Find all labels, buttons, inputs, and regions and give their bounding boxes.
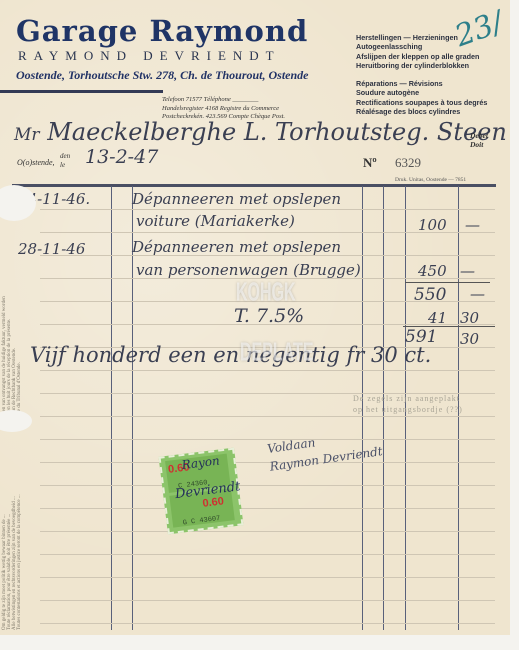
line-cents: — [460, 262, 475, 280]
ruled-line [40, 416, 495, 417]
ruled-line [40, 508, 495, 509]
service-fr-4: Réalésage des blocs cylindres [356, 107, 487, 116]
ruled-line [40, 600, 495, 601]
subtotal-rule [405, 282, 490, 283]
ruled-line [40, 554, 495, 555]
stamp-note: De zegels zijn aangeplakt op het uitgang… [353, 393, 463, 415]
invoice-number-label: Nº [363, 155, 377, 171]
contact-phone: Telefoon 71577 Téléphone ________ [162, 96, 285, 105]
debit-label: Debet Doit [470, 131, 488, 149]
line-amount: 450 [418, 262, 447, 280]
printer-credit: Druk. Unitas, Oostende — 7851 [395, 177, 466, 183]
ruled-line [40, 577, 495, 578]
ruled-line [40, 623, 495, 624]
header-divider [0, 90, 163, 93]
ruled-line [40, 462, 495, 463]
contact-register: Handelsregister 4168 Registre du Commerc… [162, 105, 285, 114]
amount-in-words: Vijf honderd een en negentig fr 30 ct. [30, 343, 431, 367]
service-fr-3: Rectifications soupapes à tous degrés [356, 98, 487, 107]
line-description: Dépanneeren met opslepen [132, 190, 341, 208]
subtotal-cents: — [470, 285, 485, 303]
ruled-line [40, 209, 495, 210]
company-name: Garage Raymond [16, 14, 308, 48]
ruled-line [40, 531, 495, 532]
service-nl-3: Afslijpen der kleppen op alle graden [356, 52, 487, 61]
stamp-note-line: op het uitgangsbordje (??) [353, 404, 463, 415]
total-cents: 30 [460, 330, 479, 348]
place-label: O(o)stende, [17, 158, 55, 167]
service-nl-4: Heruitboring der cylinderblokken [356, 61, 487, 70]
den-label: den [60, 152, 70, 161]
watermark-bottom: DEPLATE [240, 340, 313, 369]
line-amount: 100 [418, 216, 447, 234]
line-date: 28-11-46 [18, 240, 85, 258]
service-fr-2: Soudure autogène [356, 88, 487, 97]
line-cents: — [465, 216, 480, 234]
customer-name: Maeckelberghe L. Torhoutsteg. Steen [47, 118, 507, 146]
debit-label-nl: Debet [470, 131, 488, 140]
subtotal-amount: 550 [414, 285, 446, 305]
service-fr-1: Réparations — Révisions [356, 79, 487, 88]
tax-stamp: 0.60 Rayon C 24360 Devriendt 0.60 G C 43… [159, 448, 244, 535]
owner-name: RAYMOND DEVRIENDT [18, 48, 281, 64]
company-address: Oostende, Torhoutsche Stw. 278, Ch. de T… [16, 68, 309, 83]
invoice-number: 6329 [395, 155, 421, 171]
customer-prefix: Mr [14, 125, 40, 145]
tax-amount: 41 [428, 309, 447, 327]
column-divider [111, 186, 112, 630]
line-description: van personenwagen (Brugge) [136, 261, 361, 279]
le-label: le [60, 161, 70, 170]
customer-line: Mr Maeckelberghe L. Torhoutsteg. Steen [14, 118, 507, 146]
stamp-note-line: De zegels zijn aangeplakt [353, 393, 463, 404]
tax-cents: 30 [460, 309, 479, 327]
margin-line: Toutes contestations et actions en justi… [17, 494, 22, 630]
ruled-line [40, 485, 495, 486]
line-description: voiture (Mariakerke) [136, 212, 295, 230]
invoice-date: 13-2-47 [85, 146, 158, 168]
den-le-label: den le [60, 152, 70, 170]
debit-label-fr: Doit [470, 140, 488, 149]
line-description: Dépanneeren met opslepen [132, 238, 341, 256]
watermark-top: KOHGK [236, 280, 296, 309]
table-top-rule [12, 184, 496, 187]
ruled-line [40, 370, 495, 371]
